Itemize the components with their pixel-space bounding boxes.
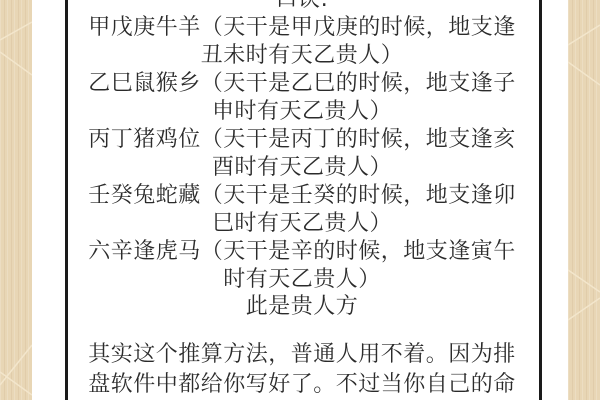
- paper-border-left: [65, 0, 68, 400]
- wood-grain-decoration: [568, 0, 600, 400]
- verse-line: 壬癸兔蛇藏（天干是壬癸的时候，地支逢卯: [70, 182, 534, 210]
- verse-line: 巳时有天乙贵人）: [70, 210, 534, 238]
- verse-conclusion: 此是贵人方: [70, 293, 534, 321]
- verse-line: 酉时有天乙贵人）: [70, 154, 534, 182]
- verse-line: 时有天乙贵人）: [70, 266, 534, 294]
- wood-grain-decoration: [0, 0, 32, 400]
- document-page: 口诀: 甲戊庚牛羊（天干是甲戊庚的时候，地支逢 丑未时有天乙贵人） 乙巳鼠猴乡（…: [0, 0, 600, 400]
- verse-line: 丑未时有天乙贵人）: [70, 42, 534, 70]
- document-body: 口诀: 甲戊庚牛羊（天干是甲戊庚的时候，地支逢 丑未时有天乙贵人） 乙巳鼠猴乡（…: [70, 0, 534, 400]
- wood-background-right: [568, 0, 600, 400]
- paper-border-right: [539, 0, 542, 400]
- paragraph-line: 盘软件中都给你写好了。不过当你自己的命: [70, 371, 534, 399]
- verse-line: 六辛逢虎马（天干是辛的时候，地支逢寅午: [70, 238, 534, 266]
- paragraph-line: 其实这个推算方法，普通人用不着。因为排: [70, 341, 534, 369]
- header-partial: 口诀:: [70, 0, 534, 14]
- verse-line: 丙丁猪鸡位（天干是丙丁的时候，地支逢亥: [70, 126, 534, 154]
- verse-line: 乙巳鼠猴乡（天干是乙巳的时候，地支逢子: [70, 70, 534, 98]
- wood-background-left: [0, 0, 32, 400]
- verse-line: 甲戊庚牛羊（天干是甲戊庚的时候，地支逢: [70, 14, 534, 42]
- verse-line: 申时有天乙贵人）: [70, 98, 534, 126]
